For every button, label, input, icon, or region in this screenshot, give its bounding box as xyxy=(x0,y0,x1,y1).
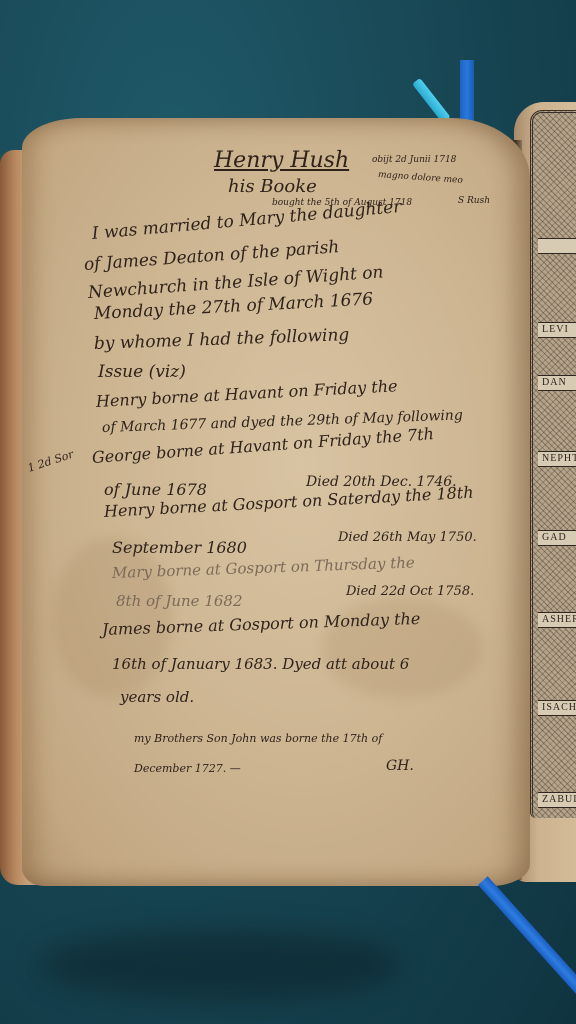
tribe-label: NEPHTALI xyxy=(538,451,576,467)
tribe-label: ASHER xyxy=(538,612,576,628)
tribe-label: ZABULON xyxy=(538,792,576,808)
child-entry-line: 16th of January 1683. Dyed att about 6 xyxy=(112,655,409,673)
death-note: Died 22d Oct 1758. xyxy=(346,584,474,599)
postscript-line: December 1727. — xyxy=(134,762,241,775)
tribe-label-spacer xyxy=(538,238,576,254)
owner-name: Henry Hush xyxy=(214,148,349,173)
marriage-line: Issue (viz) xyxy=(98,362,186,382)
death-note: Died 26th May 1750. xyxy=(338,530,477,545)
tribe-label: GAD xyxy=(538,530,576,546)
postscript-line: my Brothers Son John was borne the 17th … xyxy=(134,732,382,745)
child-entry-line: years old. xyxy=(120,688,194,706)
bookmark-ribbon-light xyxy=(412,78,451,124)
tribe-label: ISACHAR xyxy=(538,700,576,716)
child-entry-line: of June 1678 xyxy=(104,480,207,499)
tribe-label: DAN xyxy=(538,375,576,391)
signature-note: S Rush xyxy=(458,196,490,206)
initials: GH. xyxy=(386,758,414,774)
owner-book-line: his Booke xyxy=(228,176,317,197)
obit-note: obijt 2d Junii 1718 xyxy=(372,155,456,165)
cloth-shadow xyxy=(40,930,400,1000)
child-entry-line: September 1680 xyxy=(112,538,247,557)
tribe-label: LEVI xyxy=(538,322,576,338)
bookmark-ribbon-bottom xyxy=(478,876,576,996)
child-entry-line: 8th of June 1682 xyxy=(116,592,243,610)
